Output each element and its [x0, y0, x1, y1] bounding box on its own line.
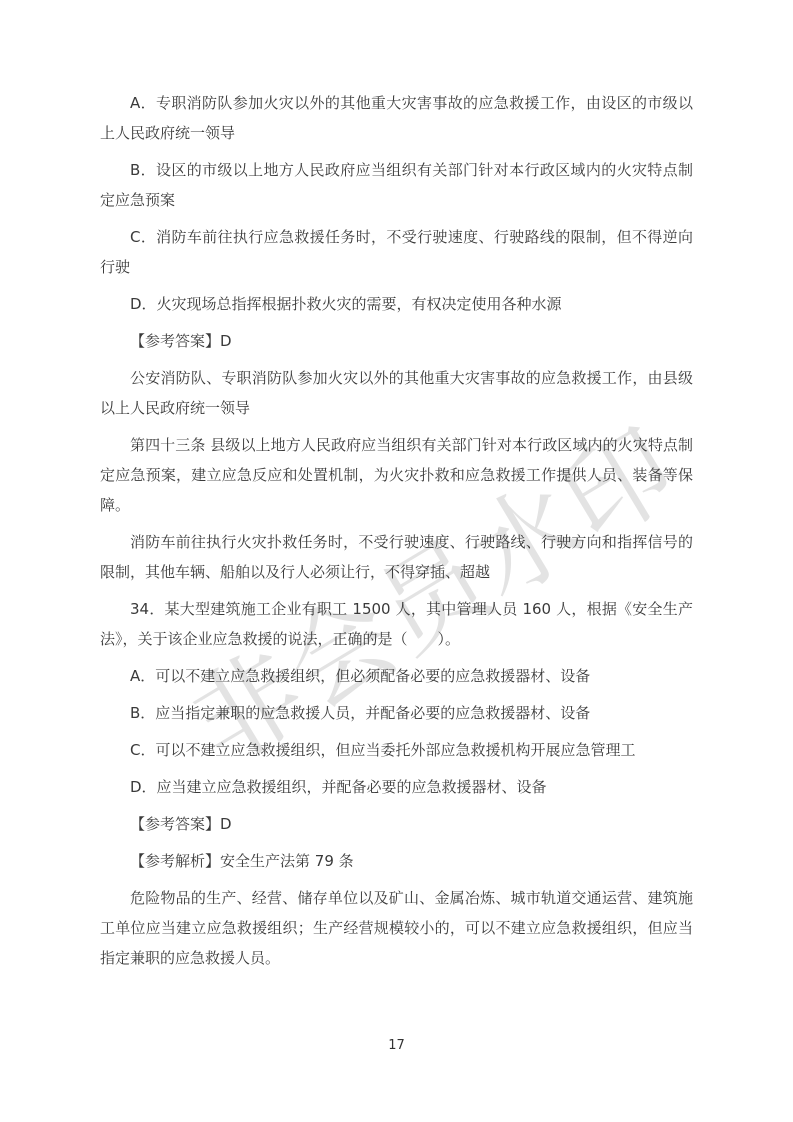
q33-analysis-para-2: 第四十三条 县级以上地方人民政府应当组织有关部门针对本行政区域内的火灾特点制定应… [100, 430, 693, 520]
q33-analysis-para-3: 消防车前往执行火灾扑救任务时，不受行驶速度、行驶路线、行驶方向和指挥信号的限制，… [100, 527, 693, 587]
q34-option-a: A．可以不建立应急救援组织，但必须配备必要的应急救援器材、设备 [100, 661, 693, 691]
page-number: 17 [0, 1038, 793, 1053]
q34-reference-answer: 【参考答案】D [100, 809, 693, 839]
q34-option-d: D．应当建立应急救援组织，并配备必要的应急救援器材、设备 [100, 772, 693, 802]
document-page: 非会员水印 A．专职消防队参加火灾以外的其他重大灾害事故的应急救援工作，由设区的… [0, 0, 793, 1122]
q34-question-stem: 34．某大型建筑施工企业有职工 1500 人，其中管理人员 160 人，根据《安… [100, 594, 693, 654]
q33-reference-answer: 【参考答案】D [100, 326, 693, 356]
document-content: A．专职消防队参加火灾以外的其他重大灾害事故的应急救援工作，由设区的市级以上人民… [100, 0, 693, 980]
q34-option-c: C．可以不建立应急救援组织，但应当委托外部应急救援机构开展应急管理工 [100, 735, 693, 765]
q33-option-b: B．设区的市级以上地方人民政府应当组织有关部门针对本行政区域内的火灾特点制定应急… [100, 155, 693, 215]
q34-reference-analysis-heading: 【参考解析】安全生产法第 79 条 [100, 846, 693, 876]
q34-analysis-para: 危险物品的生产、经营、储存单位以及矿山、金属冶炼、城市轨道交通运营、建筑施工单位… [100, 883, 693, 973]
q33-option-c: C．消防车前往执行应急救援任务时，不受行驶速度、行驶路线的限制，但不得逆向行驶 [100, 222, 693, 282]
q33-option-d: D．火灾现场总指挥根据扑救火灾的需要，有权决定使用各种水源 [100, 289, 693, 319]
q33-option-a: A．专职消防队参加火灾以外的其他重大灾害事故的应急救援工作，由设区的市级以上人民… [100, 88, 693, 148]
q34-option-b: B．应当指定兼职的应急救援人员，并配备必要的应急救援器材、设备 [100, 698, 693, 728]
q33-analysis-para-1: 公安消防队、专职消防队参加火灾以外的其他重大灾害事故的应急救援工作，由县级以上人… [100, 363, 693, 423]
